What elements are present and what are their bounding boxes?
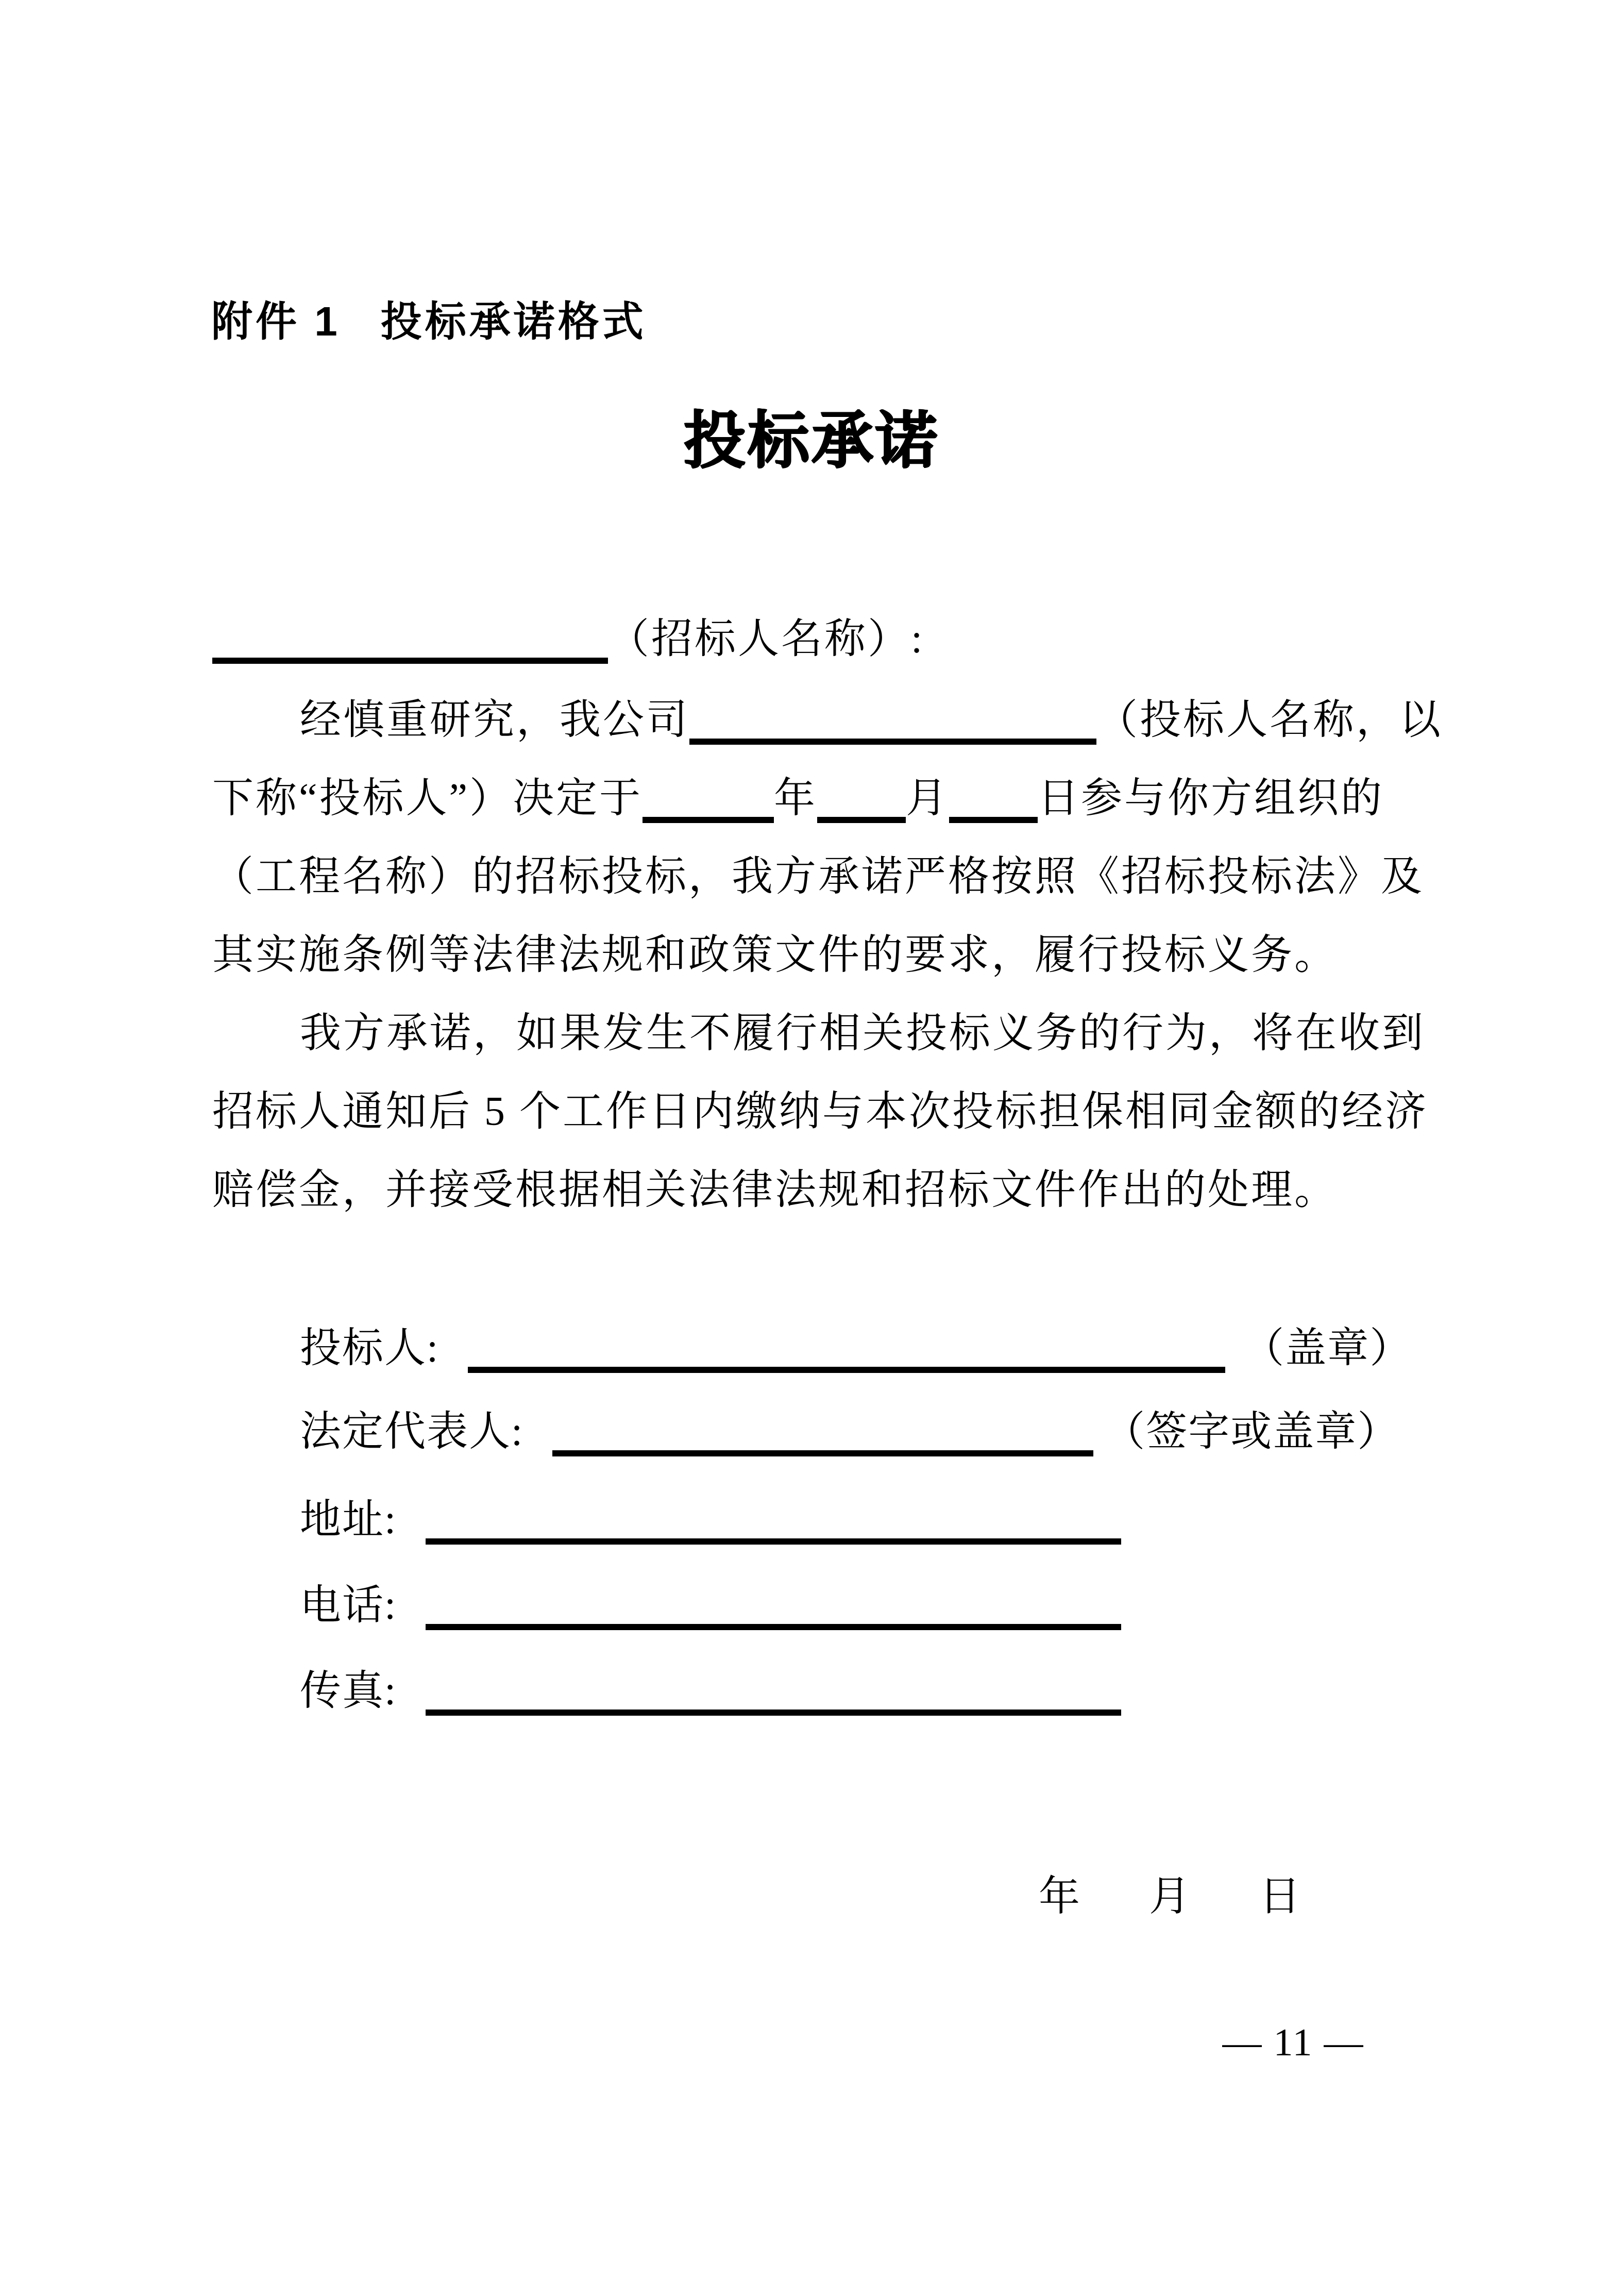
blank-underline xyxy=(468,1367,1225,1373)
sig-legal-seal: （签字或盖章） xyxy=(1104,1409,1399,1454)
date-year-label: 年 xyxy=(1039,1876,1080,1917)
p1-line3: （工程名称）的招标投标，我方承诺严格按照《招标投标法》及 xyxy=(212,856,1424,897)
salutation-label: （招标人名称）: xyxy=(608,616,924,662)
blank-underline xyxy=(212,658,608,664)
sig-legal-line: 法定代表人:（签字或盖章） xyxy=(300,1411,1399,1456)
p1-line1: 经慎重研究，我公司（投标人名称，以 xyxy=(300,699,1443,745)
p1-line1-suf: （投标人名称，以 xyxy=(1096,697,1443,743)
blank-underline xyxy=(426,1624,1121,1630)
p1-line1-pre: 经慎重研究，我公司 xyxy=(300,697,689,743)
sig-fax-label: 传真: xyxy=(300,1668,397,1714)
sig-phone-label: 电话: xyxy=(300,1583,397,1628)
p2-line2: 招标人通知后 5 个工作日内缴纳与本次投标担保相同金额的经济 xyxy=(212,1091,1428,1132)
sig-bidder-line: 投标人:（盖章） xyxy=(300,1328,1412,1373)
blank-underline xyxy=(949,817,1038,823)
page-title: 投标承诺 xyxy=(0,410,1623,472)
sig-address-label: 地址: xyxy=(300,1497,397,1543)
sig-legal-label: 法定代表人: xyxy=(300,1409,523,1454)
sig-bidder-label: 投标人: xyxy=(300,1326,439,1371)
date-month-label: 月 xyxy=(1149,1876,1190,1917)
date-line: 年 月 日 xyxy=(1039,1876,1300,1917)
attachment-title: 投标承诺格式 xyxy=(381,301,647,342)
year-label: 年 xyxy=(774,776,817,821)
salutation-line: （招标人名称）: xyxy=(212,618,924,664)
p2-line3: 赔偿金，并接受根据相关法律法规和招标文件作出的处理。 xyxy=(212,1169,1338,1211)
document-page: 附件 1 投标承诺格式 投标承诺 （招标人名称）: 经慎重研究，我公司（投标人名… xyxy=(0,0,1623,2296)
p2-line1: 我方承诺，如果发生不履行相关投标义务的行为，将在收到 xyxy=(300,1013,1425,1054)
blank-underline xyxy=(426,1538,1121,1545)
sig-bidder-seal: （盖章） xyxy=(1243,1326,1412,1371)
blank-underline xyxy=(643,817,774,823)
blank-underline xyxy=(426,1710,1121,1716)
p1-line4: 其实施条例等法律法规和政策文件的要求，履行投标义务。 xyxy=(212,934,1338,976)
sig-address-line: 地址: xyxy=(300,1499,1121,1545)
p1-line2-pre: 下称“投标人”）决定于 xyxy=(212,776,643,821)
month-label: 月 xyxy=(906,776,949,821)
p1-line2: 下称“投标人”）决定于年月日参与你方组织的 xyxy=(212,778,1384,823)
page-number: — 11 — xyxy=(1175,2023,1412,2062)
blank-underline xyxy=(817,817,906,823)
sig-fax-line: 传真: xyxy=(300,1670,1121,1716)
date-day-label: 日 xyxy=(1259,1876,1300,1917)
sig-phone-line: 电话: xyxy=(300,1585,1121,1630)
blank-underline xyxy=(689,739,1096,745)
blank-underline xyxy=(552,1450,1093,1456)
p1-line2-suf: 日参与你方组织的 xyxy=(1038,776,1384,821)
attachment-label: 附件 1 xyxy=(211,301,341,342)
attachment-heading: 附件 1 投标承诺格式 xyxy=(211,301,647,342)
